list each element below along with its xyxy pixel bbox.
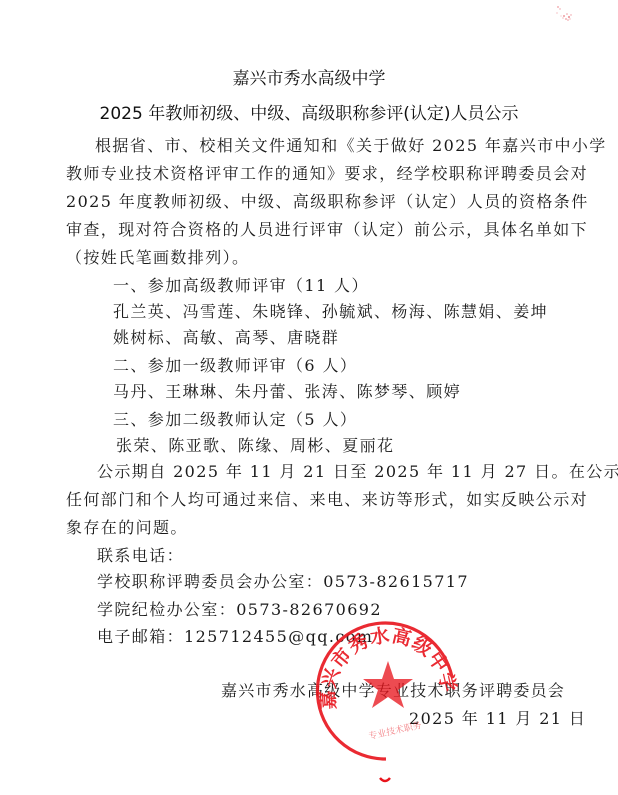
corner-stamp-mark-icon [552,4,582,28]
name-list-line: 孔兰英、冯雪莲、朱晓锋、孙毓斌、杨海、陈慧娟、姜坤 [113,302,548,322]
contact-phone-committee: 学校职称评聘委员会办公室：0573-82615717 [97,572,469,592]
seal-mark-fragment-icon [379,777,391,783]
notice-line: 公示期自 2025 年 11 月 21 日至 2025 年 11 月 27 日。… [97,462,618,482]
intro-line: （按姓氏笔画数排列）。 [66,248,249,268]
intro-line: 教师专业技术资格评审工作的通知》要求，经学校职称评聘委员会对 [66,164,588,184]
section-heading-first-grade: 二、参加一级教师评审（6 人） [113,356,357,376]
intro-line: 审查，现对符合资格的人员进行评审（认定）前公示，具体名单如下 [66,220,588,240]
document-title: 2025 年教师初级、中级、高级职称参评(认定)人员公示 [0,103,618,125]
name-list-line: 马丹、王琳琳、朱丹蕾、张涛、陈梦琴、顾婷 [113,382,461,402]
signature-issuer: 嘉兴市秀水高级中学专业技术职务评聘委员会 [221,681,565,701]
contact-phone-discipline: 学院纪检办公室：0573-82670692 [97,600,382,620]
notice-line: 象存在的问题。 [66,518,188,538]
school-name-heading: 嘉兴市秀水高级中学 [0,68,618,90]
document-page: 嘉兴市秀水高级中学 2025 年教师初级、中级、高级职称参评(认定)人员公示 根… [0,0,618,795]
contact-label: 联系电话： [97,546,184,566]
notice-line: 任何部门和个人均可通过来信、来电、来访等形式，如实反映公示对 [66,490,588,510]
name-list-line: 张荣、陈亚歌、陈缘、周彬、夏丽花 [116,436,394,456]
section-heading-senior: 一、参加高级教师评审（11 人） [113,276,369,296]
intro-line: 2025 年度教师初级、中级、高级职称参评（认定）人员的资格条件 [66,192,589,212]
contact-email[interactable]: 电子邮箱：125712455@qq.com [97,627,373,647]
name-list-line: 姚树标、高敏、高琴、唐晓群 [113,328,339,348]
intro-line: 根据省、市、校相关文件通知和《关于做好 2025 年嘉兴市中小学 [95,136,607,156]
signature-date: 2025 年 11 月 21 日 [409,709,586,729]
section-heading-second-grade: 三、参加二级教师认定（5 人） [113,410,357,430]
